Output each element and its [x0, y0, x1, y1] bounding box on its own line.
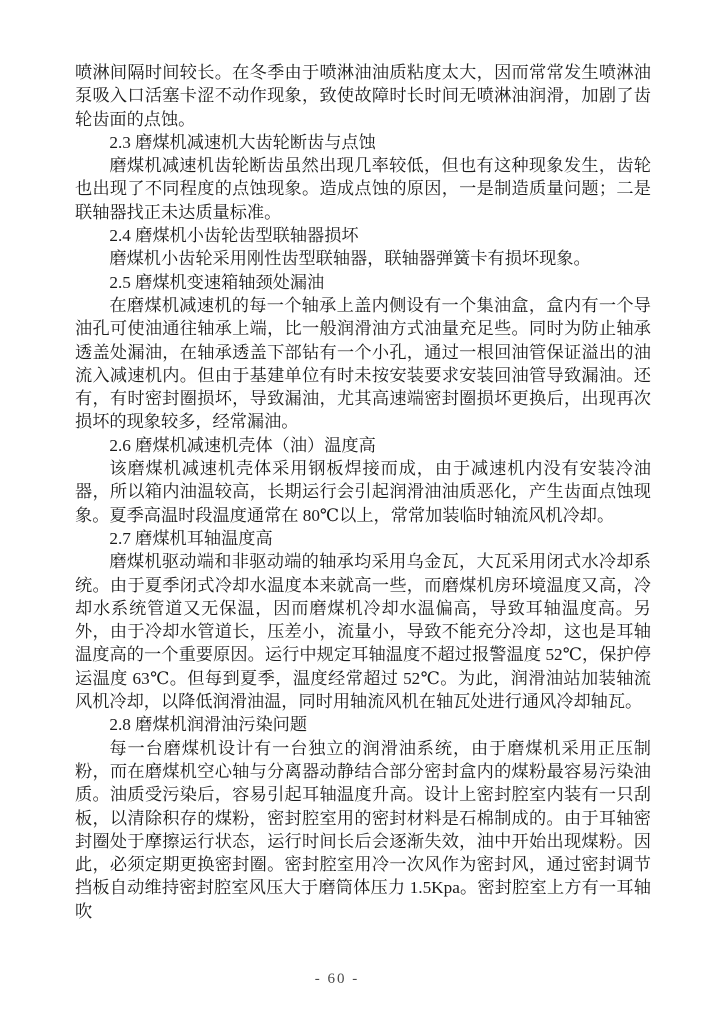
page-number: - 60 - [0, 971, 674, 988]
section-heading-2-4: 2.4 磨煤机小齿轮齿型联轴器损坏 [75, 224, 651, 247]
document-page: 喷淋间隔时间较长。在冬季由于喷淋油油质粘度太大，因而常常发生喷淋油泵吸入口活塞卡… [0, 0, 724, 1024]
paragraph: 磨煤机驱动端和非驱动端的轴承均采用乌金瓦，大瓦采用闭式水冷却系统。由于夏季闭式冷… [75, 550, 651, 713]
document-body: 喷淋间隔时间较长。在冬季由于喷淋油油质粘度太大，因而常常发生喷淋油泵吸入口活塞卡… [75, 61, 651, 923]
paragraph: 该磨煤机减速机壳体采用钢板焊接而成，由于减速机内没有安装冷油器，所以箱内油温较高… [75, 457, 651, 527]
paragraph: 磨煤机小齿轮采用刚性齿型联轴器，联轴器弹簧卡有损坏现象。 [75, 247, 651, 270]
section-heading-2-7: 2.7 磨煤机耳轴温度高 [75, 527, 651, 550]
paragraph: 磨煤机减速机齿轮断齿虽然出现几率较低，但也有这种现象发生，齿轮也出现了不同程度的… [75, 154, 651, 224]
section-heading-2-6: 2.6 磨煤机减速机壳体（油）温度高 [75, 434, 651, 457]
section-heading-2-8: 2.8 磨煤机润滑油污染问题 [75, 713, 651, 736]
paragraph-continued: 喷淋间隔时间较长。在冬季由于喷淋油油质粘度太大，因而常常发生喷淋油泵吸入口活塞卡… [75, 61, 651, 131]
paragraph: 在磨煤机减速机的每一个轴承上盖内侧设有一个集油盒，盒内有一个导油孔可使油通往轴承… [75, 294, 651, 434]
section-heading-2-5: 2.5 磨煤机变速箱轴颈处漏油 [75, 271, 651, 294]
paragraph: 每一台磨煤机设计有一台独立的润滑油系统，由于磨煤机采用正压制粉，而在磨煤机空心轴… [75, 737, 651, 923]
section-heading-2-3: 2.3 磨煤机减速机大齿轮断齿与点蚀 [75, 131, 651, 154]
